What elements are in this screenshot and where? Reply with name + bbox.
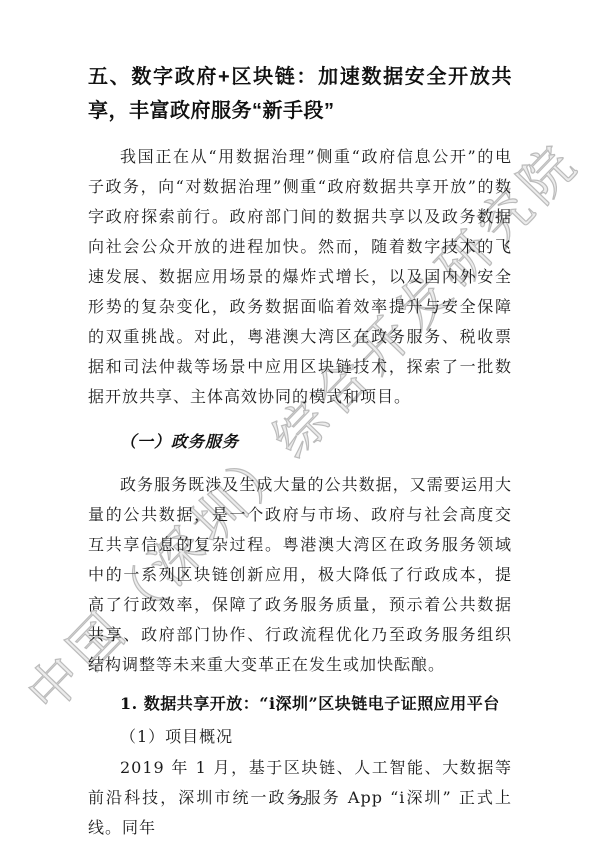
document-page: 中国（深圳）综合开发研究院 五、数字政府+区块链：加速数据安全开放共享，丰富政府… xyxy=(0,0,600,848)
item-heading-project-overview: （1）项目概况 xyxy=(88,720,512,753)
subsection-heading-data-sharing-platform: 1. 数据共享开放：“i深圳”区块链电子证照应用平台 xyxy=(88,687,512,720)
paragraph-government-services: 政务服务既涉及生成大量的公共数据，又需要运用大量的公共数据，是一个政府与市场、政… xyxy=(88,470,512,680)
page-content: 五、数字政府+区块链：加速数据安全开放共享，丰富政府服务“新手段” 我国正在从“… xyxy=(88,60,512,843)
page-number: 72 xyxy=(0,795,600,808)
paragraph-intro: 我国正在从“用数据治理”侧重“政府信息公开”的电子政务，向“对数据治理”侧重“政… xyxy=(88,142,512,412)
section-heading-government-services: （一）政务服务 xyxy=(88,427,512,457)
chapter-title: 五、数字政府+区块链：加速数据安全开放共享，丰富政府服务“新手段” xyxy=(88,60,512,128)
